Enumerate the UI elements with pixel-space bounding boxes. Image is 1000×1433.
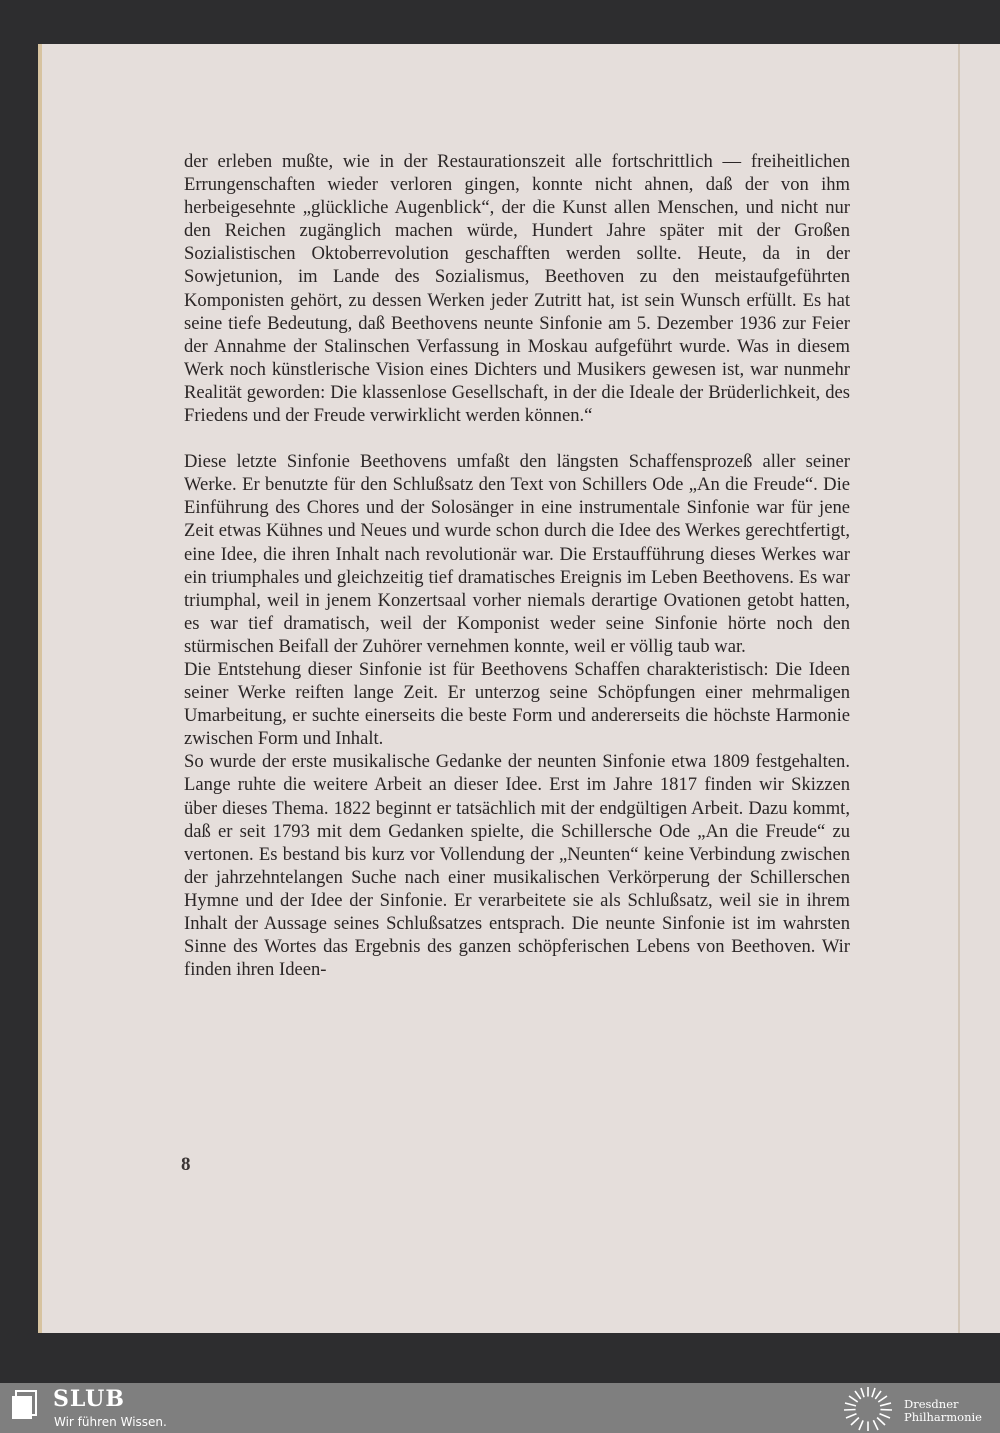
slub-title: SLUB xyxy=(53,1386,125,1412)
dresdner-philharmonie-name: Dresdner Philharmonie xyxy=(904,1398,982,1424)
book-pages-icon xyxy=(12,1389,40,1419)
footer-bar: SLUB Wir führen Wissen. Dresdner Philhar… xyxy=(0,1383,1000,1433)
body-text: der erleben mußte, wie in der Restaurati… xyxy=(184,150,850,981)
paragraph-1: der erleben mußte, wie in der Restaurati… xyxy=(184,150,850,427)
paragraph-2: Diese letzte Sinfonie Beethovens umfaßt … xyxy=(184,450,850,658)
next-page-edge xyxy=(958,44,1000,1333)
paragraph-3: Die Entstehung dieser Sinfonie ist für B… xyxy=(184,658,850,750)
page-number: 8 xyxy=(181,1154,191,1176)
dp-name-line-1: Dresdner xyxy=(904,1397,959,1411)
dp-name-line-2: Philharmonie xyxy=(904,1410,982,1424)
sunburst-ring-icon xyxy=(842,1386,894,1432)
paragraph-4: So wurde der erste musikalische Gedanke … xyxy=(184,750,850,981)
slub-tagline: Wir führen Wissen. xyxy=(54,1415,167,1429)
